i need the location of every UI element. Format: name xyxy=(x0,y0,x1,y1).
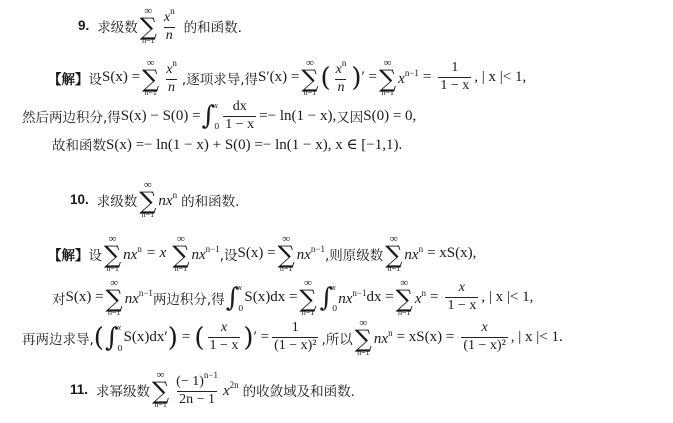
fraction: xnn xyxy=(162,7,177,43)
problem-number: 10. xyxy=(70,192,89,207)
problem-9-statement: 9. 求级数 ∞∑n=1 xnn 的和函数. xyxy=(78,6,242,45)
problem-number: 9. xyxy=(78,18,89,33)
solution-tag: 【解】 xyxy=(48,244,89,264)
problem-9-solution-line-1: 【解】 设 S(x) = ∞∑n=1 xnn ,逐项求导,得 S′(x) = ∞… xyxy=(48,58,526,97)
solution-tag: 【解】 xyxy=(48,68,89,88)
problem-9-solution-line-2: 然后两边积分,得 S(x) − S(0) = ∫x0 dx1 − x =− ln… xyxy=(22,100,416,132)
problem-11-statement: 11. 求幂级数 ∞∑n=1 (− 1)n−12n − 1 x2n 的收敛域及和… xyxy=(70,370,355,409)
problem-10-solution-line-1: 【解】 设 ∞∑n=1 nxn = x ∞∑n=1 nxn−1 ,设 S(x) … xyxy=(48,234,480,273)
integral-symbol: ∫x0 xyxy=(202,101,220,131)
problem-10-statement: 10. 求级数 ∞∑n=1 nxn 的和函数. xyxy=(70,180,239,219)
sum-symbol: ∞∑n=1 xyxy=(140,6,157,45)
problem-10-solution-line-2: 对 S(x) = ∞∑n=1 nxn−1 两边积分,得 ∫x0 S(x)dx =… xyxy=(52,278,533,317)
problem-9-solution-line-3: 故和函数 S(x) =− ln(1 − x) + S(0) =− ln(1 − … xyxy=(52,134,402,154)
problem-number: 11. xyxy=(70,382,88,397)
problem-10-solution-line-3: 再两边求导, ( ∫x0 S(x)dx′ ) = ( x1 − x ) ′ = … xyxy=(22,318,563,357)
